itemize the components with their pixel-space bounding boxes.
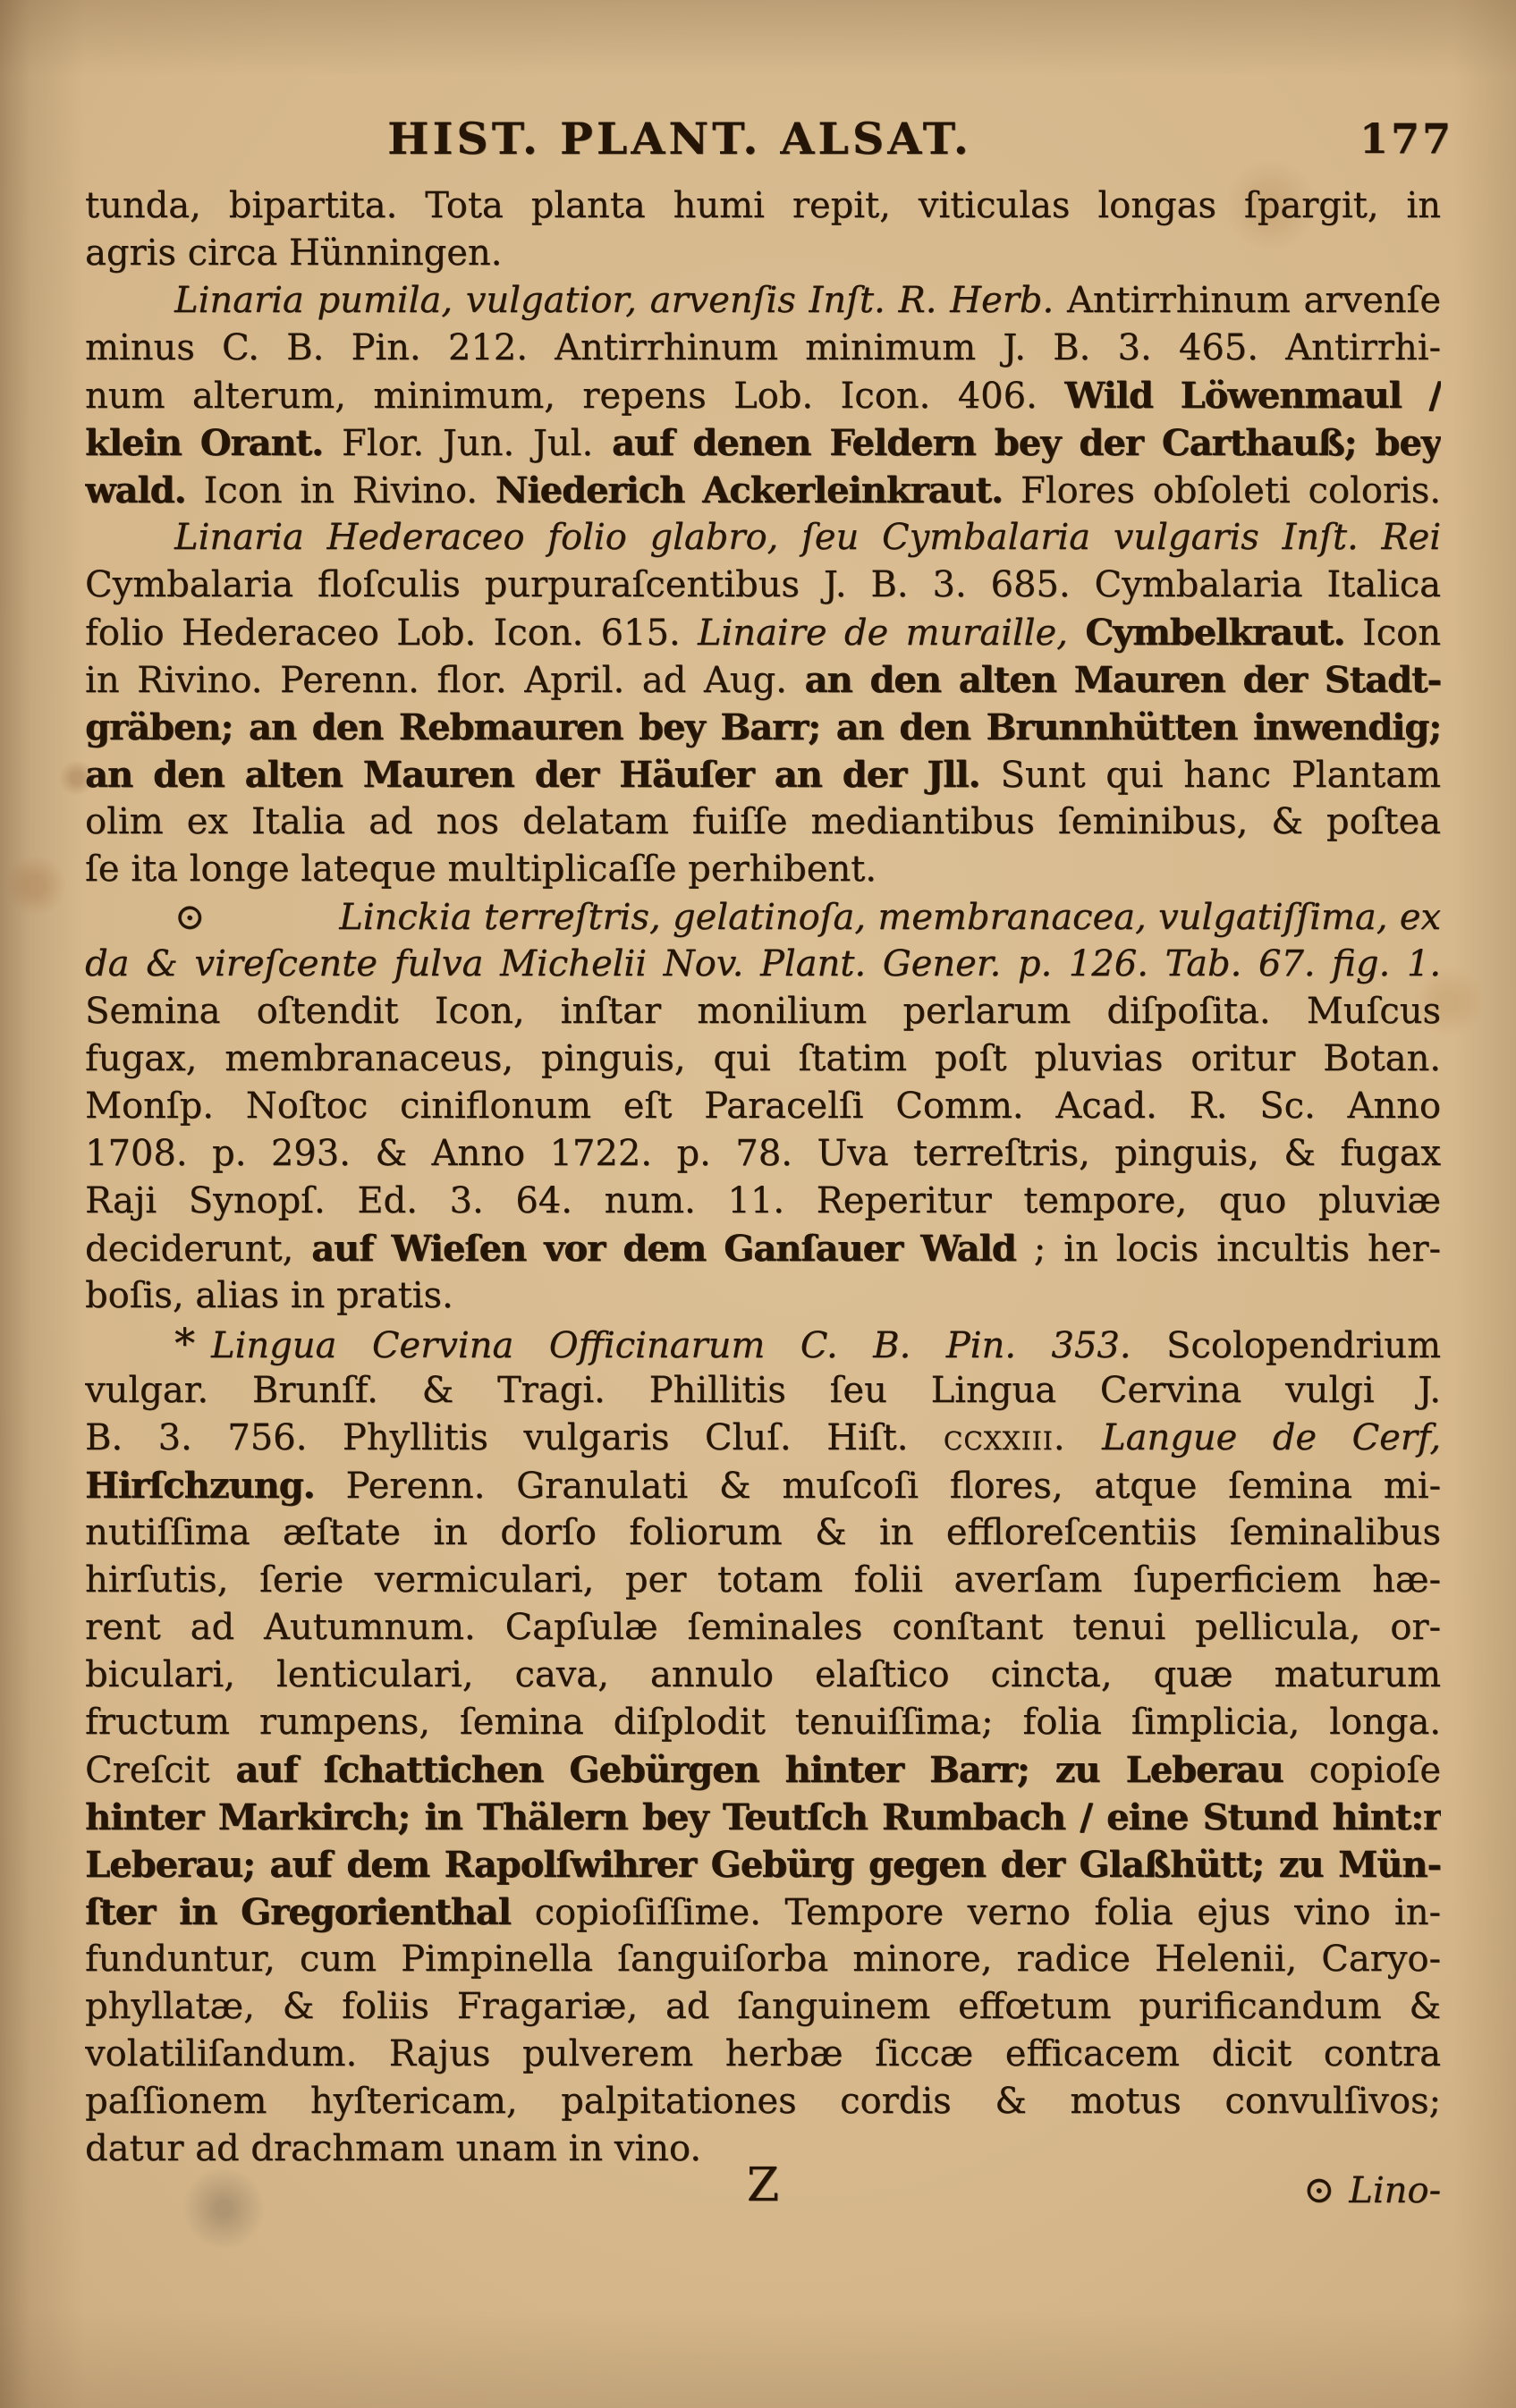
text-run: Hirſchzung. xyxy=(85,1465,346,1507)
text-run: folio Hederaceo Lob. Icon. 615. xyxy=(85,613,698,654)
text-run: phyllatæ, & foliis Fragariæ, ad ſanguine… xyxy=(85,1986,1441,2027)
text-run: Cymbalaria floſculis purpuraſcentibus J.… xyxy=(85,564,1441,605)
text-run: ſter in Gregorienthal xyxy=(85,1891,535,1933)
text-line: ⊙Linckia terreſtris, gelatinoſa, membran… xyxy=(85,893,1441,941)
text-run: agris circa Hünningen. xyxy=(85,232,502,274)
text-line: volatiliſandum. Rajus pulverem herbæ ſic… xyxy=(85,2031,1441,2078)
text-line: Cymbalaria floſculis purpuraſcentibus J.… xyxy=(85,562,1441,609)
circled-dot-icon: ⊙ xyxy=(1303,2167,1334,2211)
text-run: tunda, bipartita. Tota planta humi repit… xyxy=(85,185,1441,226)
text-run: * xyxy=(174,1320,195,1367)
text-line: folio Hederaceo Lob. Icon. 615. Linaire … xyxy=(85,609,1441,656)
text-run: Linaria pumila, vulgatior, arvenſis Inſt… xyxy=(174,280,1067,321)
text-line: da & vireſcente fulva Michelii Nov. Plan… xyxy=(85,941,1441,988)
text-run: ccxxiii. xyxy=(944,1417,1102,1458)
text-run: ; in locis incultis her- xyxy=(1034,1229,1441,1270)
text-run: Linaire de muraille, xyxy=(698,613,1085,654)
text-run: Raji Synopſ. Ed. 3. 64. num. 11. Reperit… xyxy=(85,1180,1441,1221)
text-run: Icon in Rivino. xyxy=(204,470,495,511)
text-run: num alterum, minimum, repens Lob. Icon. … xyxy=(85,376,1064,417)
text-run: auf ſchattichen Gebürgen hinter Barr; zu… xyxy=(235,1749,1309,1791)
text-run: Monſp. Noſtoc ciniflonum eſt Paracelſi C… xyxy=(85,1086,1441,1127)
text-run: Perenn. Granulati & muſcoſi flores, atqu… xyxy=(346,1466,1441,1507)
text-run: auf Wieſen vor dem Ganſauer Wald xyxy=(311,1228,1034,1270)
text-run: in Rivino. Perenn. flor. April. ad Aug. xyxy=(85,660,804,701)
text-line: rent ad Autumnum. Capſulæ ſeminales conſ… xyxy=(85,1604,1441,1652)
text-line: nutiſſima æſtate in dorſo foliorum & in … xyxy=(85,1509,1441,1557)
text-line: vulgar. Brunſf. & Tragi. Phillitis ſeu L… xyxy=(85,1367,1441,1415)
text-line: biculari, lenticulari, cava, annulo elaſ… xyxy=(85,1652,1441,1699)
text-run: Scolopendrium xyxy=(1166,1325,1441,1366)
text-line: Hirſchzung. Perenn. Granulati & muſcoſi … xyxy=(85,1462,1441,1509)
text-run: gräben; an den Rebmauren bey Barr; an de… xyxy=(85,706,1441,748)
text-run: klein Orant. xyxy=(85,422,342,464)
text-line: phyllatæ, & foliis Fragariæ, ad ſanguine… xyxy=(85,1983,1441,2031)
text-run: Flores obſoleti coloris. xyxy=(1021,470,1441,511)
book-page: HIST. PLANT. ALSAT. 177 tunda, bipartita… xyxy=(0,0,1516,2408)
text-line: tunda, bipartita. Tota planta humi repit… xyxy=(85,182,1441,230)
text-line: Semina oſtendit Icon, inſtar monilium pe… xyxy=(85,988,1441,1035)
text-run: 1708. p. 293. & Anno 1722. p. 78. Uva te… xyxy=(85,1133,1441,1174)
text-run: Cymbelkraut. xyxy=(1085,612,1362,654)
text-run: deciderunt, xyxy=(85,1229,311,1270)
text-line: ſe ita longe lateque multiplicaſſe perhi… xyxy=(85,846,1441,893)
text-run: Niederich Ackerleinkraut. xyxy=(495,469,1021,511)
text-run: Linckia terreſtris, gelatinoſa, membrana… xyxy=(85,897,1441,941)
text-run: funduntur, cum Pimpinella ſanguiſorba mi… xyxy=(85,1939,1441,1980)
text-line: wald. Icon in Rivino. Niederich Ackerlei… xyxy=(85,467,1441,514)
text-run: fructum rumpens, ſemina diſplodit tenuiſ… xyxy=(85,1702,1441,1743)
text-run: nutiſſima æſtate in dorſo foliorum & in … xyxy=(85,1512,1441,1553)
text-run: Antirrhinum arvenſe xyxy=(1067,280,1441,321)
text-line: an den alten Mauren der Häuſer an der Jl… xyxy=(85,751,1441,798)
text-run: Leberau; auf dem Rapolſwihrer Gebürg geg… xyxy=(85,1844,1441,1886)
text-line: Monſp. Noſtoc ciniflonum eſt Paracelſi C… xyxy=(85,1083,1441,1130)
text-line: deciderunt, auf Wieſen vor dem Ganſauer … xyxy=(85,1225,1441,1272)
text-run: olim ex Italia ad nos delatam fuiſſe med… xyxy=(85,801,1441,842)
text-run: hirſutis, ſerie vermiculari, per totam f… xyxy=(85,1559,1441,1601)
catchword: ⊙Lino- xyxy=(1303,2167,1441,2211)
text-line: Linaria Hederaceo folio glabro, ſeu Cymb… xyxy=(85,514,1441,562)
text-run: Icon xyxy=(1362,613,1441,654)
text-line: hirſutis, ſerie vermiculari, per totam f… xyxy=(85,1557,1441,1604)
text-run: vulgar. Brunſf. & Tragi. Phillitis ſeu L… xyxy=(85,1370,1441,1411)
text-line: in Rivino. Perenn. flor. April. ad Aug. … xyxy=(85,656,1441,704)
text-line: hinter Markirch; in Thälern bey Teutſch … xyxy=(85,1794,1441,1841)
text-run: rent ad Autumnum. Capſulæ ſeminales conſ… xyxy=(85,1607,1441,1648)
text-run: an den alten Mauren der Häuſer an der Jl… xyxy=(85,754,1000,796)
text-line: num alterum, minimum, repens Lob. Icon. … xyxy=(85,372,1441,419)
text-line: fugax, membranaceus, pinguis, qui ſtatim… xyxy=(85,1035,1441,1083)
text-line: Leberau; auf dem Rapolſwihrer Gebürg geg… xyxy=(85,1841,1441,1888)
text-run: minus C. B. Pin. 212. Antirrhinum minimu… xyxy=(85,327,1441,368)
text-run: Sunt qui hanc Plantam xyxy=(1000,755,1441,796)
text-run: Lingua Cervina Officinarum C. B. Pin. 35… xyxy=(211,1325,1166,1366)
text-run: Linaria Hederaceo folio glabro, ſeu Cymb… xyxy=(85,517,1441,562)
catchword-text: Lino- xyxy=(1349,2170,1441,2211)
text-run: boſis, alias in pratis. xyxy=(85,1275,453,1316)
text-line: fructum rumpens, ſemina diſplodit tenuiſ… xyxy=(85,1699,1441,1746)
text-run: B. 3. 756. Phyllitis vulgaris Cluſ. Hiſt… xyxy=(85,1417,944,1458)
text-line: olim ex Italia ad nos delatam fuiſſe med… xyxy=(85,798,1441,846)
text-block: tunda, bipartita. Tota planta humi repit… xyxy=(85,182,1441,2173)
text-line: funduntur, cum Pimpinella ſanguiſorba mi… xyxy=(85,1936,1441,1983)
text-run: fugax, membranaceus, pinguis, qui ſtatim… xyxy=(85,1038,1441,1079)
text-run: biculari, lenticulari, cava, annulo elaſ… xyxy=(85,1654,1441,1695)
text-line: Raji Synopſ. Ed. 3. 64. num. 11. Reperit… xyxy=(85,1178,1441,1225)
text-run: copioſiſſime. Tempore verno folia ejus v… xyxy=(535,1892,1441,1933)
text-run: paſſionem hyſtericam, palpitationes cord… xyxy=(85,2081,1441,2122)
text-line: agris circa Hünningen. xyxy=(85,230,1441,277)
text-run: ſe ita longe lateque multiplicaſſe perhi… xyxy=(85,849,877,890)
text-run: volatiliſandum. Rajus pulverem herbæ ſic… xyxy=(85,2033,1441,2074)
text-run: hinter Markirch; in Thälern bey Teutſch … xyxy=(85,1796,1441,1838)
text-line: B. 3. 756. Phyllitis vulgaris Cluſ. Hiſt… xyxy=(85,1415,1441,1462)
text-line: paſſionem hyſtericam, palpitationes cord… xyxy=(85,2078,1441,2125)
signature-mark: Z xyxy=(85,2159,1441,2212)
text-run: Flor. Jun. Jul. xyxy=(342,423,612,464)
text-run: da & vireſcente fulva Michelii Nov. Plan… xyxy=(85,943,1441,984)
text-run: copioſe xyxy=(1309,1750,1441,1791)
text-run: an den alten Mauren der Stadt- xyxy=(804,659,1441,701)
text-line: minus C. B. Pin. 212. Antirrhinum minimu… xyxy=(85,325,1441,372)
text-line: Linaria pumila, vulgatior, arvenſis Inſt… xyxy=(85,277,1441,325)
text-run: Langue de Cerf, xyxy=(1102,1417,1441,1458)
text-line: 1708. p. 293. & Anno 1722. p. 78. Uva te… xyxy=(85,1130,1441,1178)
page-header-title: HIST. PLANT. ALSAT. xyxy=(367,113,993,165)
text-run: Creſcit xyxy=(85,1750,235,1791)
text-run: Semina oſtendit Icon, inſtar monilium pe… xyxy=(85,991,1441,1032)
text-line: klein Orant. Flor. Jun. Jul. auf denen F… xyxy=(85,419,1441,467)
text-line: boſis, alias in pratis. xyxy=(85,1272,1441,1320)
text-line: Creſcit auf ſchattichen Gebürgen hinter … xyxy=(85,1746,1441,1794)
text-line: *Lingua Cervina Officinarum C. B. Pin. 3… xyxy=(85,1320,1441,1367)
text-run: ⊙ xyxy=(174,895,205,938)
page-number: 177 xyxy=(1359,114,1453,163)
text-line: gräben; an den Rebmauren bey Barr; an de… xyxy=(85,704,1441,751)
text-run: Wild Löwenmaul / xyxy=(1064,375,1441,417)
text-line: ſter in Gregorienthal copioſiſſime. Temp… xyxy=(85,1888,1441,1936)
text-run: wald. xyxy=(85,469,204,511)
